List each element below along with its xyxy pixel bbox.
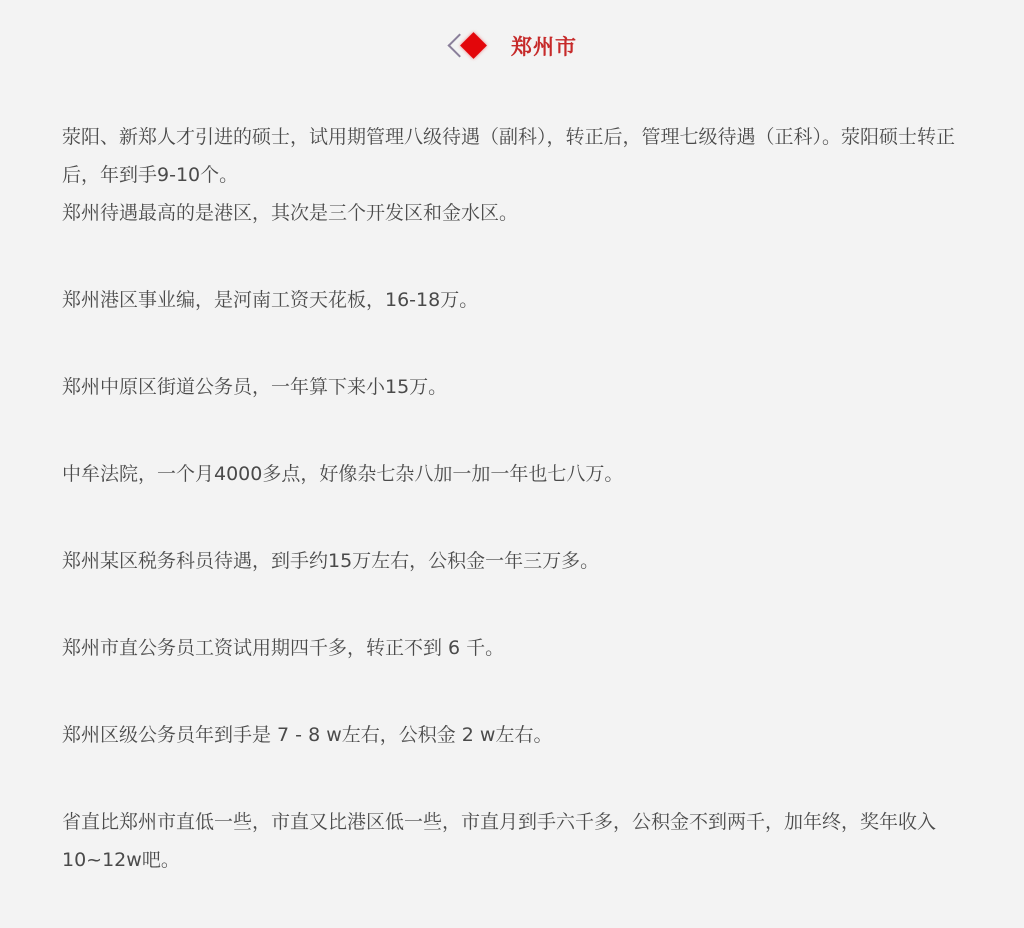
diamond-filled-icon <box>460 32 487 59</box>
paragraph: 郑州待遇最高的是港区，其次是三个开发区和金水区。 <box>62 194 982 232</box>
paragraph: 郑州市直公务员工资试用期四千多，转正不到 6 千。 <box>62 629 982 667</box>
article-body: 荥阳、新郑人才引进的硕士，试用期管理八级待遇（副科），转正后，管理七级待遇（正科… <box>62 118 982 879</box>
paragraph: 郑州某区税务科员待遇，到手约15万左右，公积金一年三万多。 <box>62 542 982 580</box>
section-header: 郑州市 <box>0 28 1024 64</box>
paragraph: 郑州区级公务员年到手是 7 - 8 w左右，公积金 2 w左右。 <box>62 716 982 754</box>
paragraph: 省直比郑州市直低一些，市直又比港区低一些，市直月到手六千多，公积金不到两千，加年… <box>62 803 982 879</box>
diamond-icon <box>447 31 493 61</box>
paragraph: 郑州中原区街道公务员，一年算下来小15万。 <box>62 368 982 406</box>
paragraph: 中牟法院，一个月4000多点，好像杂七杂八加一加一年也七八万。 <box>62 455 982 493</box>
paragraph: 郑州港区事业编，是河南工资天花板，16-18万。 <box>62 281 982 319</box>
paragraph: 荥阳、新郑人才引进的硕士，试用期管理八级待遇（副科），转正后，管理七级待遇（正科… <box>62 118 982 194</box>
section-title: 郑州市 <box>511 31 577 61</box>
